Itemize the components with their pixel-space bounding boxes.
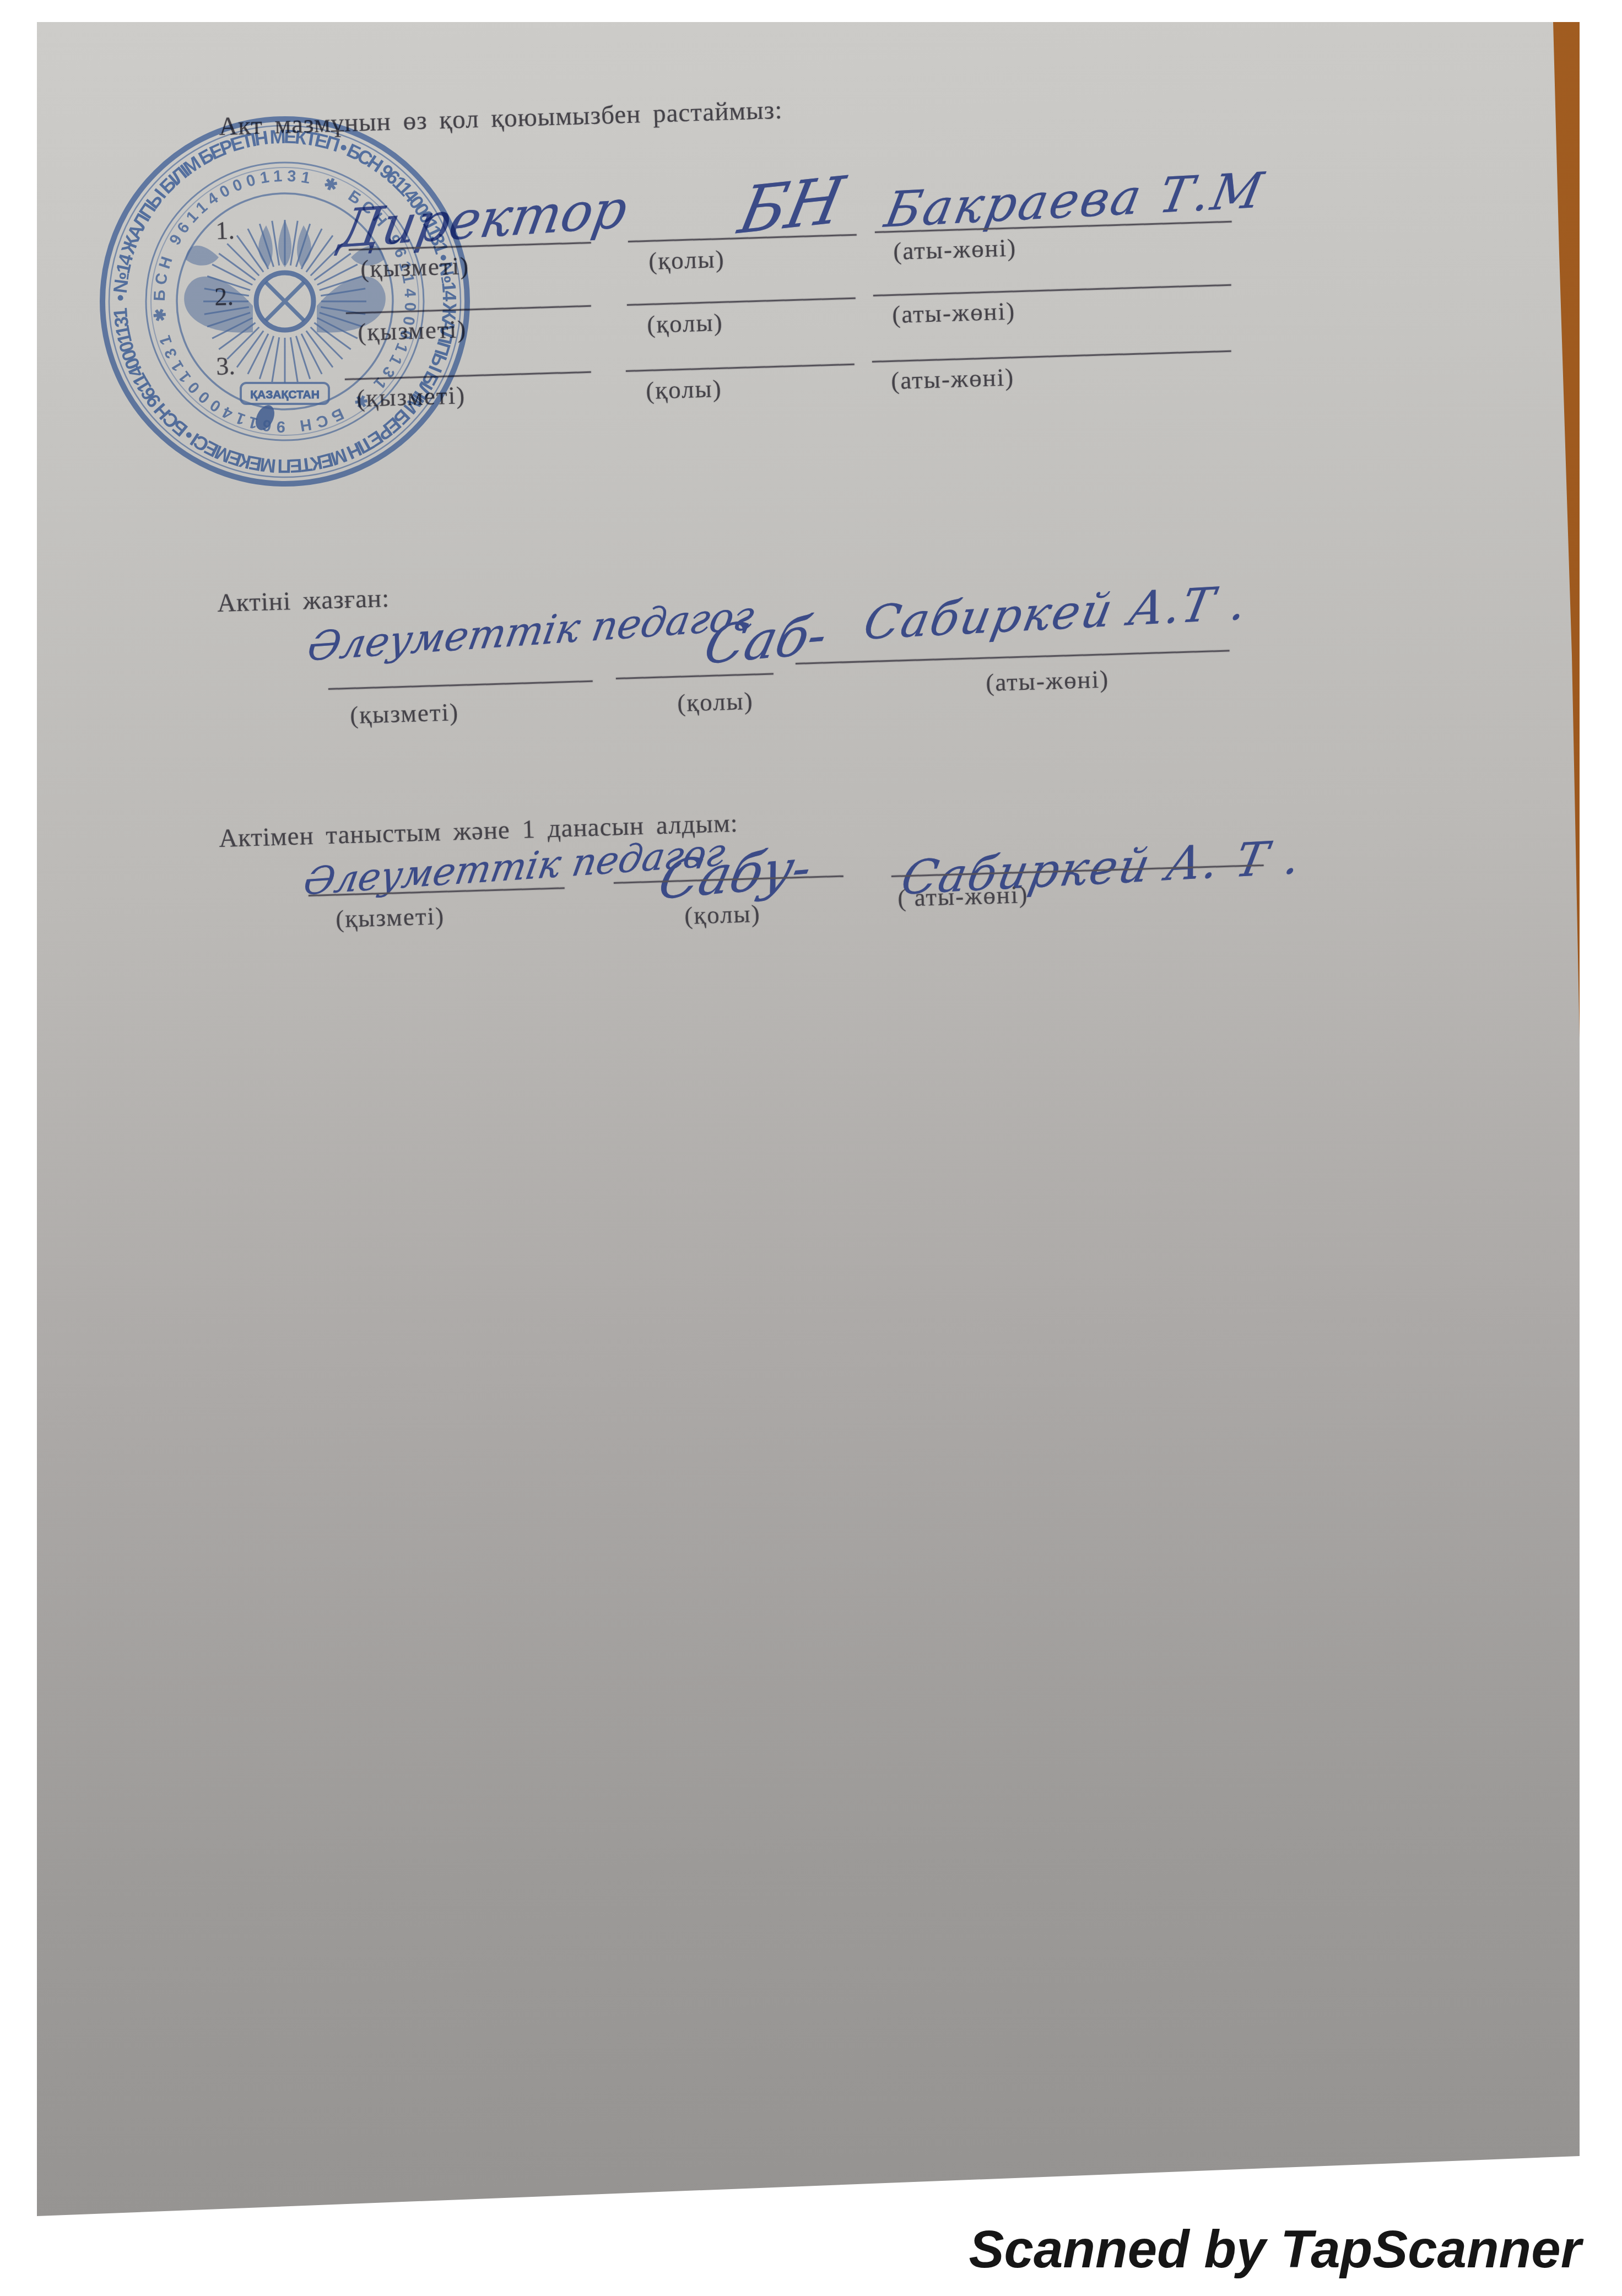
- wings-icon: [184, 220, 386, 333]
- tapscanner-watermark: Scanned by TapScanner: [969, 2219, 1581, 2280]
- receiver-label-position: (қызметі): [335, 901, 445, 933]
- label-signature-3: (қолы): [645, 374, 722, 405]
- label-signature-2: (қолы): [646, 308, 723, 339]
- label-name-2: (аты-жөні): [891, 296, 1015, 329]
- label-name-3: (аты-жөні): [890, 363, 1014, 395]
- scanned-page: Акт мазмұнын өз қол қоюымызбен растаймыз…: [0, 0, 1622, 2296]
- writer-line-name: [796, 650, 1230, 665]
- handwritten-signature-writer: Саб-: [699, 604, 834, 677]
- receiver-label-name: ( аты-жөні): [897, 880, 1029, 912]
- kazakhstan-emblem: ҚАЗАҚСТАН: [184, 220, 386, 404]
- written-by-heading: Актіні жазған:: [217, 584, 390, 618]
- writer-label-position: (қызметі): [349, 698, 459, 730]
- receiver-label-signature: (қолы): [684, 899, 761, 930]
- handwritten-name-writer: Сабиркей А.Т .: [859, 575, 1253, 650]
- signature-line-name-2: [873, 284, 1231, 296]
- signature-line-name-3: [872, 350, 1231, 363]
- signature-line-sign-3: [626, 364, 855, 372]
- official-stamp: • №14 ЖАЛПЫ БІЛІМ БЕРЕТІН МЕКТЕП • БСН 9…: [95, 111, 475, 491]
- label-signature-1: (қолы): [648, 245, 725, 275]
- writer-label-name: (аты-жөні): [985, 665, 1109, 697]
- emblem-banner-text: ҚАЗАҚСТАН: [250, 388, 320, 401]
- writer-label-signature: (қолы): [677, 687, 754, 717]
- photo-area: Акт мазмұнын өз қол қоюымызбен растаймыз…: [37, 22, 1580, 2218]
- signature-line-sign-2: [627, 298, 856, 306]
- label-name-1: (аты-жөні): [893, 233, 1017, 266]
- writer-line-sign: [616, 673, 774, 679]
- writer-line-position: [328, 680, 593, 690]
